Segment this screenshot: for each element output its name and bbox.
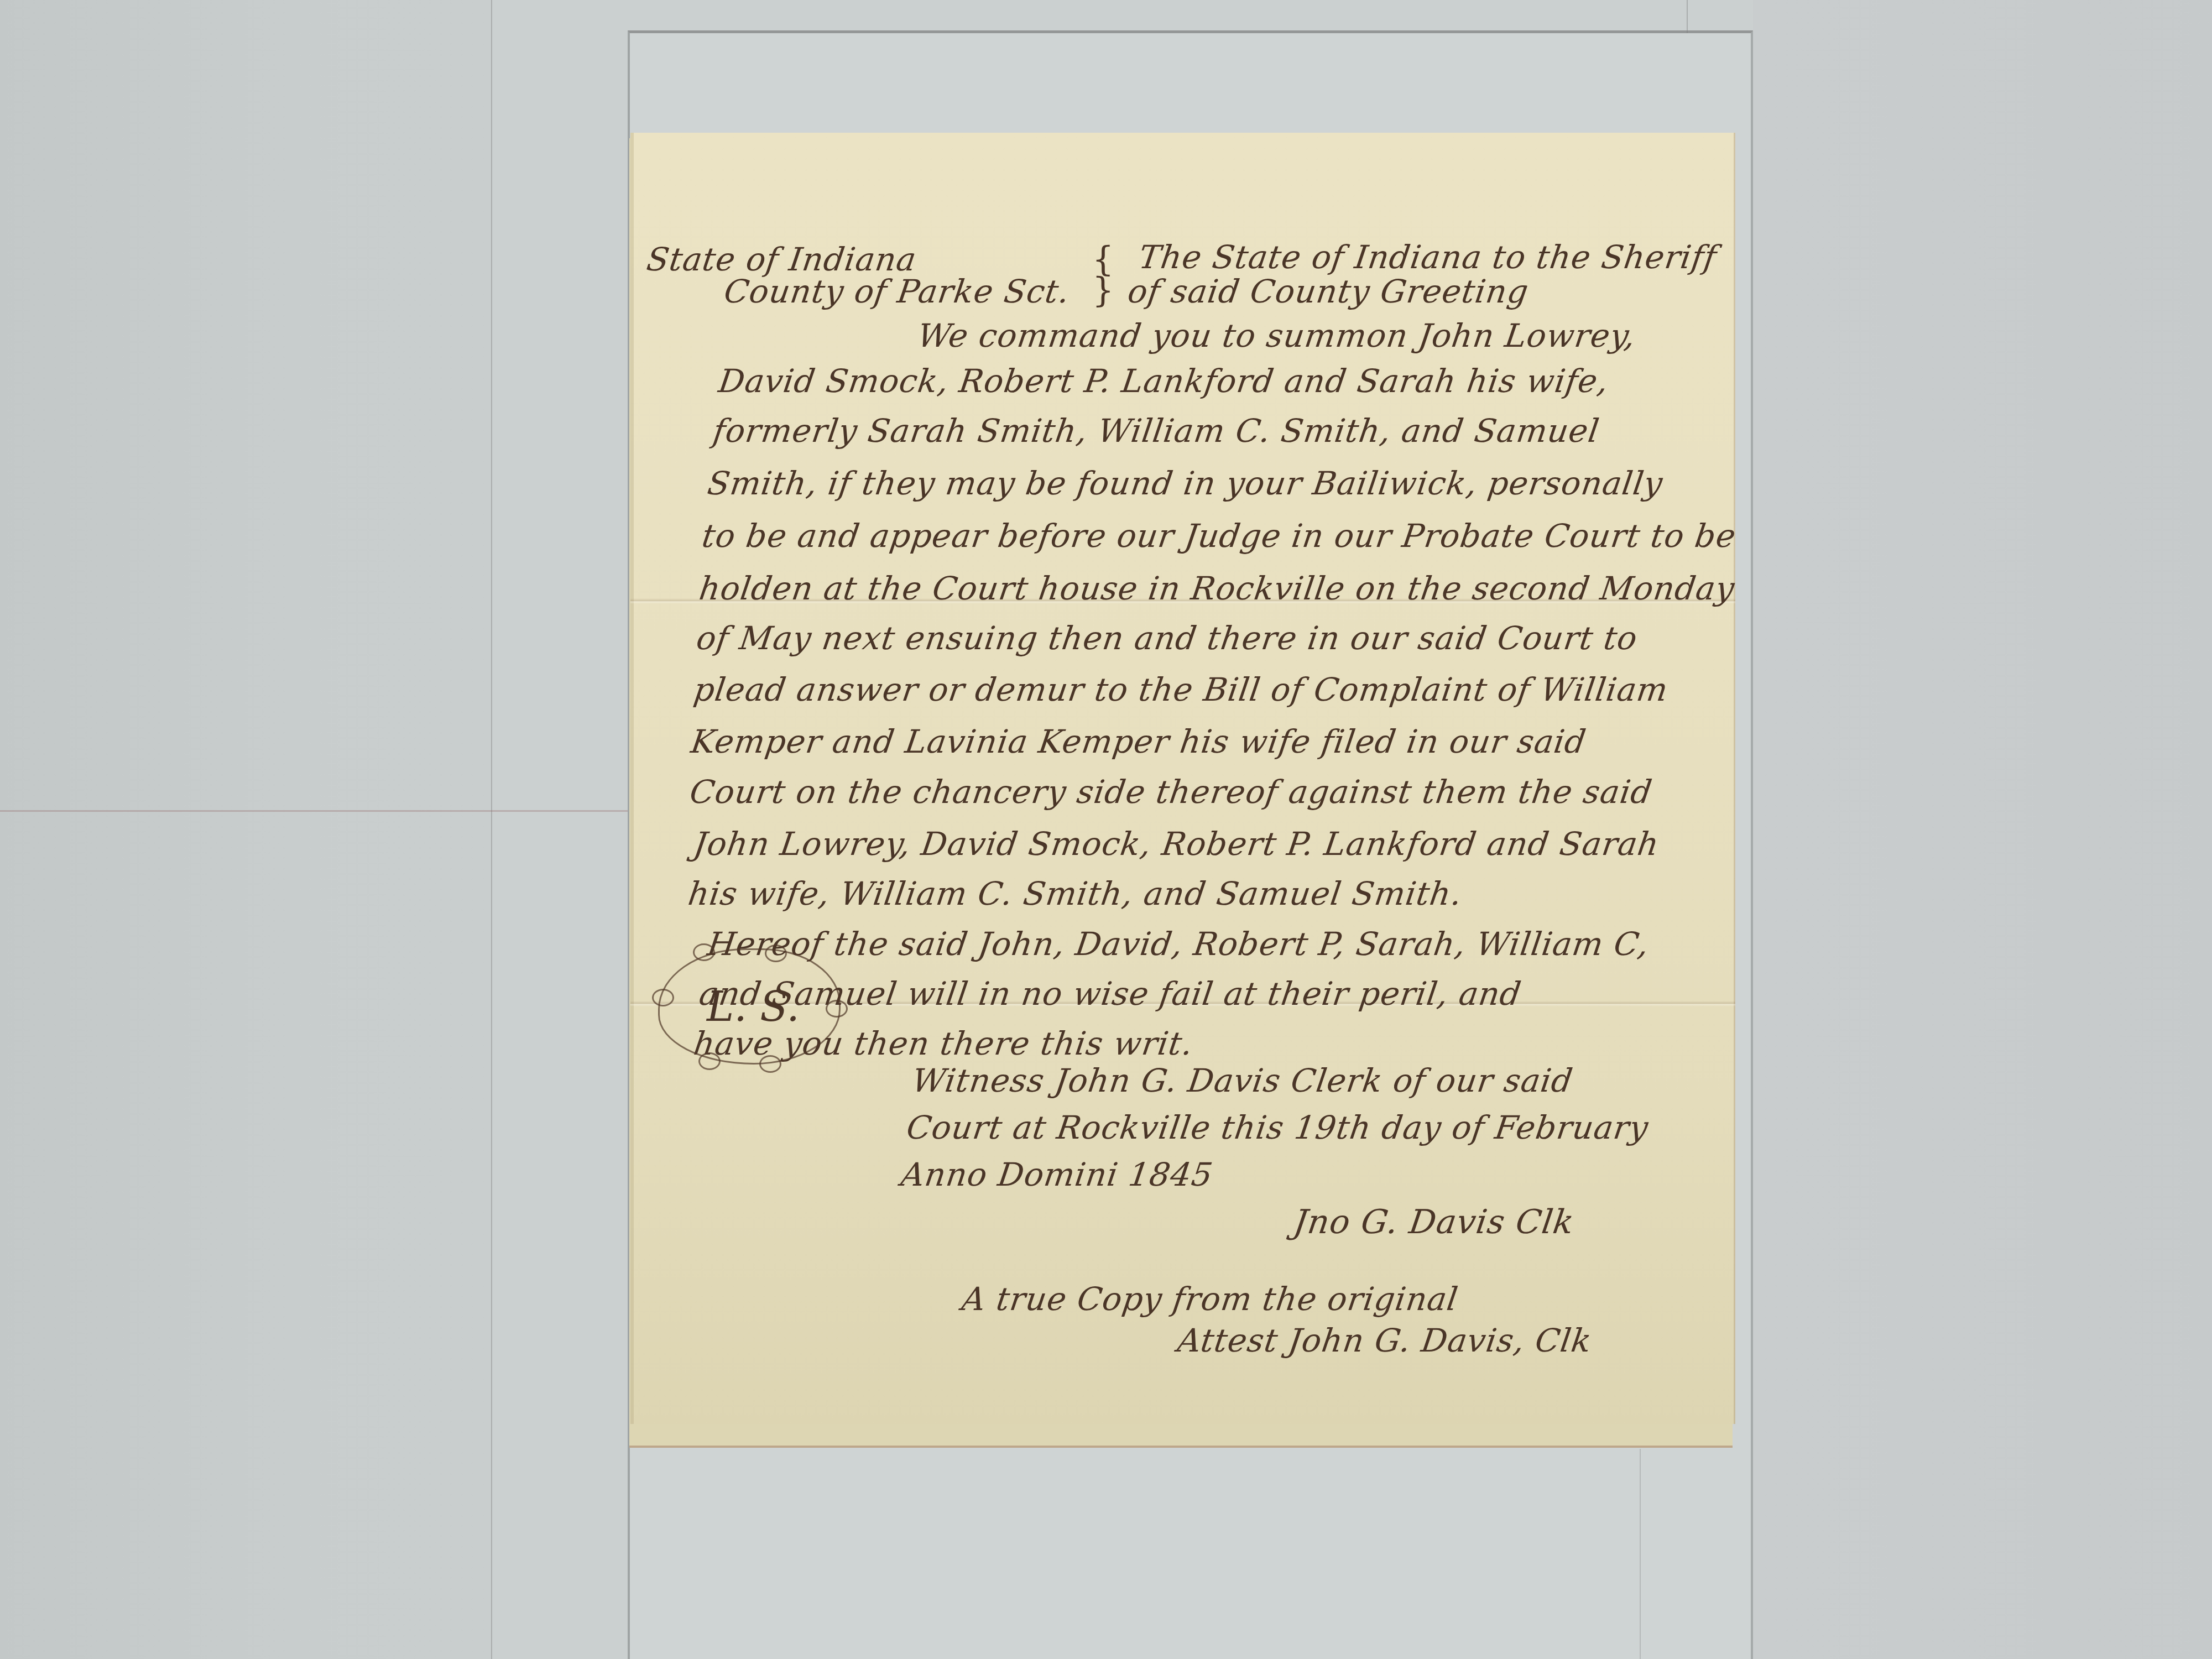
body-line-10: Court on the chancery side thereof again… bbox=[688, 776, 1655, 808]
header-state: State of Indiana bbox=[645, 243, 919, 275]
background-seam-vertical bbox=[491, 0, 492, 1659]
seal-flourish: L. S. bbox=[658, 948, 841, 1065]
attestation-line-1: A true Copy from the original bbox=[960, 1283, 1460, 1315]
body-line-12: his wife, William C. Smith, and Samuel S… bbox=[686, 878, 1464, 910]
witness-line-3: Anno Domini 1845 bbox=[899, 1159, 1215, 1191]
body-line-3: formerly Sarah Smith, William C. Smith, … bbox=[711, 415, 1601, 447]
clerk-signature: Jno G. Davis Clk bbox=[1292, 1206, 1577, 1239]
seal-curl-icon bbox=[759, 1055, 781, 1073]
seal-curl-icon bbox=[826, 1000, 848, 1018]
background-seam-horizontal bbox=[0, 810, 628, 812]
body-line-5: to be and appear before our Judge in our… bbox=[700, 520, 1738, 552]
attestation-line-2: Attest John G. Davis, Clk bbox=[1176, 1324, 1594, 1357]
header-county: County of Parke Sct. bbox=[722, 275, 1072, 307]
body-line-13: Hereof the said John, David, Robert P, S… bbox=[706, 928, 1651, 960]
background-seam-top bbox=[1687, 0, 1688, 33]
seal-curl-icon bbox=[693, 943, 715, 961]
body-line-6: holden at the Court house in Rockville o… bbox=[697, 572, 1737, 604]
header-greeting-line-2: of said County Greeting bbox=[1126, 275, 1531, 307]
background-panel-left bbox=[0, 0, 491, 1659]
body-line-9: Kemper and Lavinia Kemper his wife filed… bbox=[689, 726, 1588, 758]
witness-line-2: Court at Rockville this 19th day of Febr… bbox=[905, 1112, 1651, 1144]
seal-curl-icon bbox=[652, 989, 674, 1006]
body-line-7: of May next ensuing then and there in ou… bbox=[695, 622, 1640, 654]
background-panel-right bbox=[1753, 0, 2212, 1659]
seal-curl-icon bbox=[765, 945, 787, 962]
body-line-1: We command you to summon John Lowrey, bbox=[916, 320, 1638, 352]
seal-curl-icon bbox=[698, 1052, 721, 1070]
witness-line-1: Witness John G. Davis Clerk of our said bbox=[910, 1065, 1575, 1097]
body-line-2: David Smock, Robert P. Lankford and Sara… bbox=[717, 365, 1611, 397]
body-line-8: plead answer or demur to the Bill of Com… bbox=[692, 674, 1670, 706]
seal-text: L. S. bbox=[707, 983, 800, 1031]
header-greeting-line-1: The State of Indiana to the Sheriff bbox=[1137, 241, 1719, 273]
header-brace-bottom: } bbox=[1092, 270, 1114, 310]
body-line-11: John Lowrey, David Smock, Robert P. Lank… bbox=[692, 828, 1661, 860]
body-line-4: Smith, if they may be found in your Bail… bbox=[706, 467, 1665, 499]
